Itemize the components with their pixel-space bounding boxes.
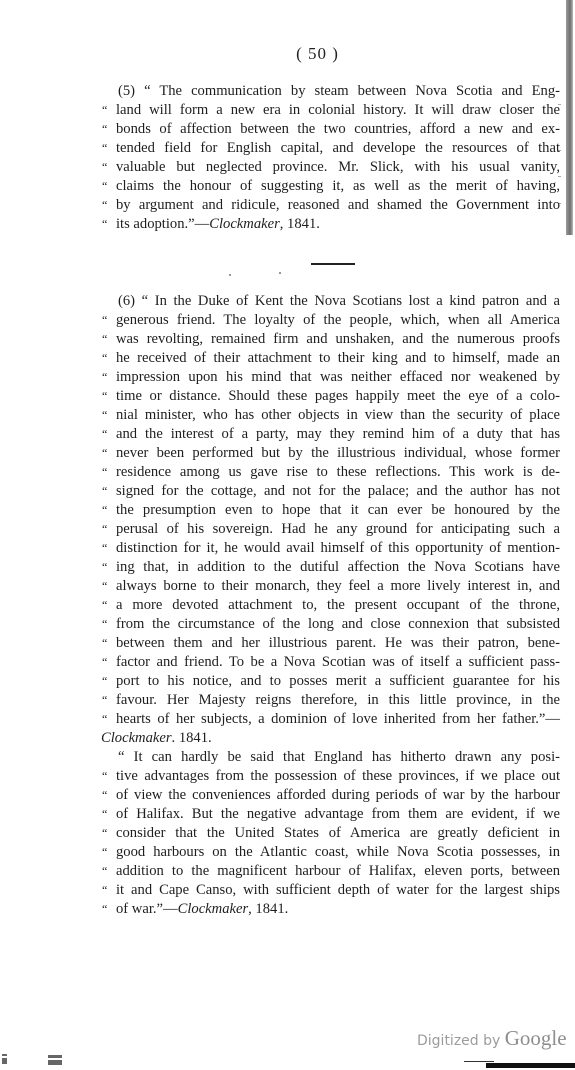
text-line: “the presumption even to hope that it ca… — [102, 501, 560, 520]
text-line: “favour. Her Majesty reigns therefore, i… — [102, 691, 560, 710]
section-divider — [311, 263, 355, 265]
text-line: “valuable but neglected province. Mr. Sl… — [102, 158, 560, 177]
text-line: “hearts of her subjects, a dominion of l… — [102, 710, 560, 729]
text-line: “he received of their attachment to thei… — [102, 349, 560, 368]
citation-source: Clockmaker — [101, 730, 172, 746]
scan-artifact — [48, 1055, 62, 1058]
text-line: “was revolting, remained firm and unshak… — [102, 330, 560, 349]
scan-dot — [279, 272, 281, 274]
text-line: “of Halifax. But the negative advantage … — [102, 805, 560, 824]
scan-artifact — [48, 1060, 62, 1065]
text-line: “claims the honour of suggesting it, as … — [102, 177, 560, 196]
text-line: “generous friend. The loyalty of the peo… — [102, 311, 560, 330]
text-line: “by argument and ridicule, reasoned and … — [102, 196, 560, 215]
text-line: “it and Cape Canso, with sufficient dept… — [102, 881, 560, 900]
text-line: “tended field for English capital, and d… — [102, 139, 560, 158]
citation-year: , 1841. — [280, 216, 320, 232]
text-line: “bonds of affection between the two coun… — [102, 120, 560, 139]
text-line: “land will form a new era in colonial hi… — [102, 101, 560, 120]
digitized-by-google-watermark: Digitized by Google — [417, 1026, 567, 1051]
scan-edge-bar — [486, 1063, 575, 1068]
book-spine-edge — [566, 0, 573, 235]
text-line: “time or distance. Should these pages ha… — [102, 387, 560, 406]
page-number: ( 50 ) — [0, 44, 575, 64]
text-line: “nial minister, who has other objects in… — [102, 406, 560, 425]
citation-year: . 1841. — [172, 730, 212, 746]
text-line: “addition to the magnificent harbour of … — [102, 862, 560, 881]
text-line: “consider that the United States of Amer… — [102, 824, 560, 843]
text-line: “its adoption.”—Clockmaker, 1841. — [102, 215, 560, 234]
quotation-5: (5) “ The communication by steam between… — [102, 82, 560, 234]
text-line: “factor and friend. To be a Nova Scotian… — [102, 653, 560, 672]
citation-year: , 1841. — [248, 901, 288, 917]
text-line: “ It can hardly be said that England has… — [102, 748, 560, 767]
text-line: “impression upon his mind that was neith… — [102, 368, 560, 387]
scan-edge-line — [464, 1061, 494, 1062]
text-line: “perusal of his sovereign. Had he any gr… — [102, 520, 560, 539]
watermark-prefix: Digitized by — [417, 1033, 505, 1049]
text-line: “tive advantages from the possession of … — [102, 767, 560, 786]
google-logo-text: Google — [505, 1026, 567, 1050]
scan-artifact — [2, 1058, 7, 1064]
text-line: “of view the conveniences afforded durin… — [102, 786, 560, 805]
text-line: “residence among us gave rise to these r… — [102, 463, 560, 482]
text-line: “a more devoted attachment to, the prese… — [102, 596, 560, 615]
text-line: “ing that, in addition to the dutiful af… — [102, 558, 560, 577]
text-line: “signed for the cottage, and not for the… — [102, 482, 560, 501]
text-line: “good harbours on the Atlantic coast, wh… — [102, 843, 560, 862]
text-line: (5) “ The communication by steam between… — [102, 82, 560, 101]
scan-dot — [229, 274, 231, 276]
text-line: “port to his notice, and to posses merit… — [102, 672, 560, 691]
text-line: “and the interest of a party, may they r… — [102, 425, 560, 444]
text-line: “never been performed but by the illustr… — [102, 444, 560, 463]
quotation-6: (6) “ In the Duke of Kent the Nova Scoti… — [102, 292, 560, 919]
citation-source: Clockmaker — [209, 216, 280, 232]
text-line: (6) “ In the Duke of Kent the Nova Scoti… — [102, 292, 560, 311]
citation-source: Clockmaker — [178, 901, 249, 917]
text-line: “distinction for it, he would avail hims… — [102, 539, 560, 558]
scan-artifact — [2, 1054, 7, 1056]
text-line: “between them and her illustrious parent… — [102, 634, 560, 653]
text-line: “always borne to their monarch, they fee… — [102, 577, 560, 596]
text-line: “of war.”—Clockmaker, 1841. — [102, 900, 560, 919]
text-line: Clockmaker. 1841. — [101, 729, 560, 748]
text-line: “from the circumstance of the long and c… — [102, 615, 560, 634]
